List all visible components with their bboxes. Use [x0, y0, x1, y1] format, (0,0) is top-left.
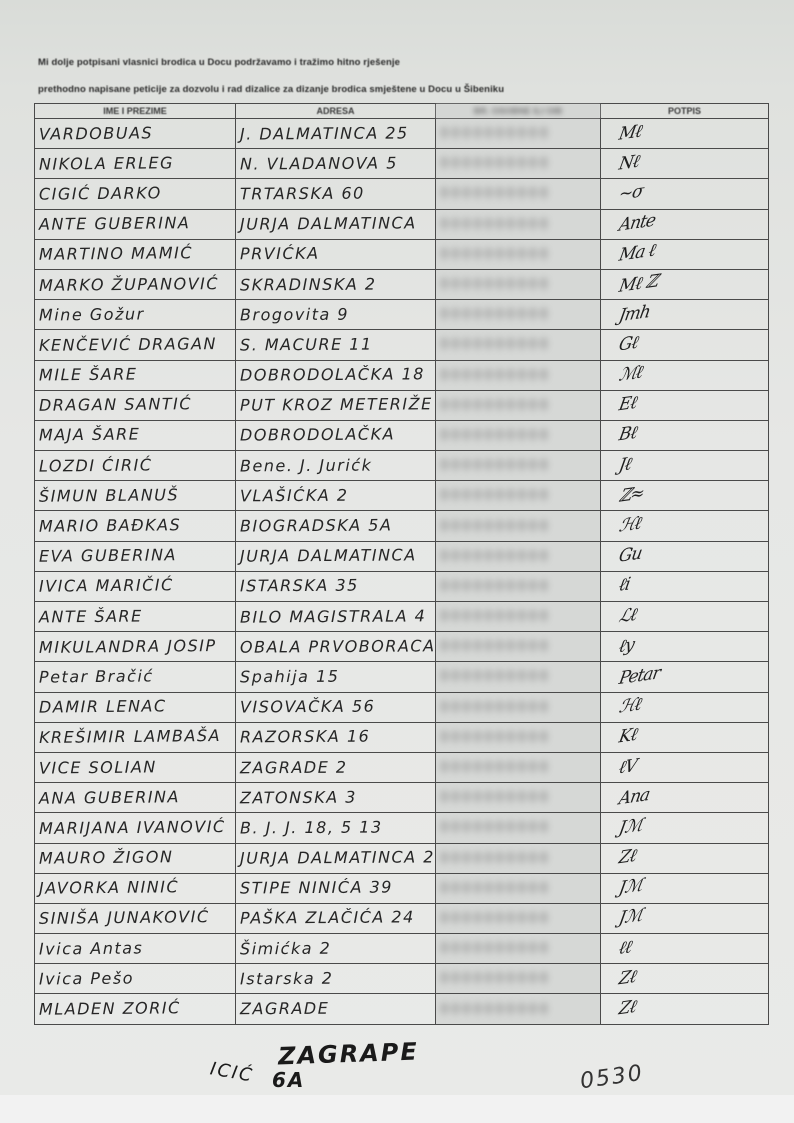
- signer-name: ŠIMUN BLANUŠ: [39, 485, 179, 505]
- redacted-id-number: 0000000000: [440, 275, 550, 293]
- cell-name: KREŠIMIR LAMBAŠA: [35, 722, 236, 752]
- cell-signature: ~σ: [601, 179, 769, 209]
- signer-address: JURJA DALMATINCA: [240, 546, 417, 566]
- redacted-id-number: 0000000000: [440, 305, 550, 323]
- signer-address: Spahija 15: [240, 667, 340, 687]
- handwritten-signature: Eℓ: [603, 393, 638, 418]
- signer-name: Petar Bračić: [39, 666, 154, 686]
- redacted-id-number: 0000000000: [440, 969, 550, 987]
- signer-name: CIGIĆ DARKO: [39, 183, 162, 203]
- handwritten-signature: ℒℓ: [603, 604, 638, 629]
- signer-address: ZATONSKA 3: [240, 787, 357, 807]
- table-row: MILE ŠAREDOBRODOLAČKA 180000000000ℳℓ: [35, 360, 769, 390]
- cell-name: ANTE ŠARE: [35, 602, 236, 632]
- signer-name: JAVORKA NINIĆ: [39, 878, 179, 898]
- table-row: VARDOBUASJ. DALMATINCA 250000000000Mℓ: [35, 119, 769, 149]
- signer-address: ISTARSKA 35: [240, 576, 359, 596]
- cell-id-number-redacted: 0000000000: [436, 602, 601, 632]
- signer-address: Brogovita 9: [240, 304, 349, 324]
- cell-signature: Zℓ: [601, 994, 769, 1024]
- cell-address: J. DALMATINCA 25: [236, 119, 436, 149]
- signer-address: RAZORSKA 16: [240, 727, 370, 747]
- redacted-id-number: 0000000000: [440, 939, 550, 957]
- handwritten-signature: Jℓ: [603, 453, 632, 477]
- cell-name: VARDOBUAS: [35, 119, 236, 149]
- cell-address: Spahija 15: [236, 662, 436, 692]
- redacted-id-number: 0000000000: [440, 154, 550, 172]
- cell-id-number-redacted: 0000000000: [436, 330, 601, 360]
- cell-signature: Kℓ: [601, 722, 769, 752]
- signer-address: PRVIĆKA: [240, 244, 320, 264]
- table-row: NIKOLA ERLEGN. VLADANOVA 50000000000Nℓ: [35, 149, 769, 179]
- cell-address: PRVIĆKA: [236, 239, 436, 269]
- handwritten-signature: Jℳ: [603, 906, 643, 932]
- cell-id-number-redacted: 0000000000: [436, 843, 601, 873]
- redacted-id-number: 0000000000: [440, 879, 550, 897]
- signer-name: MILE ŠARE: [39, 365, 138, 385]
- cell-signature: Ante: [601, 209, 769, 239]
- signer-address: N. VLADANOVA 5: [240, 153, 398, 173]
- handwritten-signature: Ma ℓ: [603, 241, 656, 269]
- cell-id-number-redacted: 0000000000: [436, 511, 601, 541]
- signer-address: DOBRODOLAČKA 18: [240, 364, 425, 384]
- cell-id-number-redacted: 0000000000: [436, 149, 601, 179]
- handwritten-signature: Gℓ: [603, 332, 639, 357]
- cell-name: MILE ŠARE: [35, 360, 236, 390]
- cell-id-number-redacted: 0000000000: [436, 752, 601, 782]
- signer-address: TRTARSKA 60: [240, 184, 365, 204]
- cell-address: DOBRODOLAČKA 18: [236, 360, 436, 390]
- cell-id-number-redacted: 0000000000: [436, 300, 601, 330]
- redacted-id-number: 0000000000: [440, 849, 550, 867]
- signer-address: JURJA DALMATINCA 29: [240, 847, 436, 867]
- cell-name: MARTINO MAMIĆ: [35, 239, 236, 269]
- redacted-id-number: 0000000000: [440, 909, 550, 927]
- redacted-id-number: 0000000000: [440, 124, 550, 142]
- cell-address: JURJA DALMATINCA: [236, 541, 436, 571]
- cell-id-number-redacted: 0000000000: [436, 239, 601, 269]
- handwritten-signature: ℋℓ: [603, 694, 642, 720]
- redacted-id-number: 0000000000: [440, 184, 550, 202]
- cell-name: MARIO BAĐKAS: [35, 511, 236, 541]
- signer-name: NIKOLA ERLEG: [39, 153, 174, 173]
- cell-name: MARKO ŽUPANOVIĆ: [35, 269, 236, 299]
- cell-address: VISOVAČKA 56: [236, 692, 436, 722]
- cell-address: JURJA DALMATINCA: [236, 209, 436, 239]
- redacted-id-number: 0000000000: [440, 788, 550, 806]
- cell-address: PUT KROZ METERIŽE: [236, 390, 436, 420]
- table-body: VARDOBUASJ. DALMATINCA 250000000000MℓNIK…: [35, 119, 769, 1025]
- cell-signature: ℒℓ: [601, 602, 769, 632]
- table-row: IVICA MARIČIĆISTARSKA 350000000000ℓi: [35, 571, 769, 601]
- cell-id-number-redacted: 0000000000: [436, 541, 601, 571]
- handwritten-signature: Mℓ: [603, 121, 643, 147]
- redacted-id-number: 0000000000: [440, 1000, 550, 1018]
- redacted-id-number: 0000000000: [440, 215, 550, 233]
- cell-signature: Gℓ: [601, 330, 769, 360]
- cell-id-number-redacted: 0000000000: [436, 179, 601, 209]
- cell-id-number-redacted: 0000000000: [436, 571, 601, 601]
- handwritten-signature: ℓℓ: [603, 936, 633, 960]
- cell-signature: Jℳ: [601, 873, 769, 903]
- house-number-annotation: 6A: [272, 1068, 305, 1092]
- handwritten-signature: Jℳ: [603, 875, 643, 901]
- cell-signature: Petar: [601, 662, 769, 692]
- cell-address: DOBRODOLAČKA: [236, 420, 436, 450]
- cell-id-number-redacted: 0000000000: [436, 964, 601, 994]
- cell-id-number-redacted: 0000000000: [436, 119, 601, 149]
- cell-id-number-redacted: 0000000000: [436, 873, 601, 903]
- table-row: Ivica AntasŠimićka 20000000000ℓℓ: [35, 934, 769, 964]
- table-row: ANA GUBERINAZATONSKA 30000000000Ana: [35, 783, 769, 813]
- signer-address: ZAGRADE: [240, 999, 329, 1019]
- cell-name: EVA GUBERINA: [35, 541, 236, 571]
- cell-name: KENČEVIĆ DRAGAN: [35, 330, 236, 360]
- cell-name: IVICA MARIČIĆ: [35, 571, 236, 601]
- cell-signature: Zℓ: [601, 843, 769, 873]
- handwritten-signature: ℋℓ: [603, 513, 642, 539]
- signer-address: PUT KROZ METERIŽE: [240, 395, 433, 415]
- table-row: Mine GožurBrogovita 90000000000Jmh: [35, 300, 769, 330]
- signer-address: BIOGRADSKA 5A: [240, 515, 393, 535]
- handwritten-signature: Zℓ: [603, 846, 637, 871]
- number-annotation: 0530: [579, 1061, 646, 1095]
- cell-signature: Jmh: [601, 300, 769, 330]
- redacted-id-number: 0000000000: [440, 245, 550, 263]
- table-row: Petar BračićSpahija 150000000000Petar: [35, 662, 769, 692]
- cell-signature: Jℳ: [601, 813, 769, 843]
- signer-name: SINIŠA JUNAKOVIĆ: [39, 908, 210, 929]
- cell-name: VICE SOLIAN: [35, 752, 236, 782]
- cell-address: N. VLADANOVA 5: [236, 149, 436, 179]
- cell-signature: ℓy: [601, 632, 769, 662]
- table-row: ŠIMUN BLANUŠVLAŠIĆKA 20000000000ℤ≈: [35, 481, 769, 511]
- redacted-id-number: 0000000000: [440, 396, 550, 414]
- table-row: MARTINO MAMIĆPRVIĆKA0000000000Ma ℓ: [35, 239, 769, 269]
- cell-signature: Mℓ: [601, 119, 769, 149]
- cell-signature: ℓℓ: [601, 934, 769, 964]
- table-header-row: IME I PREZIME ADRESA BR. OSOBNE ILI OIB …: [35, 104, 769, 119]
- signer-name: MAJA ŠARE: [39, 425, 141, 445]
- handwritten-signature: Mℓ ℤ: [603, 271, 658, 299]
- table-row: MARIO BAĐKASBIOGRADSKA 5A0000000000ℋℓ: [35, 511, 769, 541]
- signer-name: MARTINO MAMIĆ: [39, 244, 193, 265]
- cell-name: Petar Bračić: [35, 662, 236, 692]
- redacted-id-number: 0000000000: [440, 607, 550, 625]
- handwritten-signature: Petar: [603, 663, 661, 691]
- cell-address: ISTARSKA 35: [236, 571, 436, 601]
- handwritten-signature: ~σ: [603, 181, 644, 207]
- cell-signature: Bℓ: [601, 420, 769, 450]
- cell-name: ANTE GUBERINA: [35, 209, 236, 239]
- signer-address: J. DALMATINCA 25: [240, 123, 409, 143]
- handwritten-signature: Zℓ: [603, 997, 637, 1022]
- signature-table: IME I PREZIME ADRESA BR. OSOBNE ILI OIB …: [34, 103, 769, 1025]
- signer-name: Mine Gožur: [39, 304, 145, 324]
- table-row: DAMIR LENACVISOVAČKA 560000000000ℋℓ: [35, 692, 769, 722]
- table-row: KENČEVIĆ DRAGANS. MACURE 110000000000Gℓ: [35, 330, 769, 360]
- cell-name: ANA GUBERINA: [35, 783, 236, 813]
- table-row: MAJA ŠAREDOBRODOLAČKA0000000000Bℓ: [35, 420, 769, 450]
- signer-address: SKRADINSKA 2: [240, 274, 377, 294]
- signer-address: Istarska 2: [240, 969, 334, 989]
- cell-id-number-redacted: 0000000000: [436, 813, 601, 843]
- signer-name: VARDOBUAS: [39, 123, 153, 143]
- cell-address: ZAGRADE 2: [236, 752, 436, 782]
- signer-name: MARIO BAĐKAS: [39, 515, 181, 535]
- cell-signature: ℓV: [601, 752, 769, 782]
- handwritten-signature: ℓi: [603, 574, 631, 598]
- cell-id-number-redacted: 0000000000: [436, 994, 601, 1024]
- cell-address: S. MACURE 11: [236, 330, 436, 360]
- cell-id-number-redacted: 0000000000: [436, 209, 601, 239]
- signer-name: VICE SOLIAN: [39, 757, 157, 777]
- signer-address: Bene. J. Jurićk: [240, 455, 372, 475]
- signer-name: KREŠIMIR LAMBAŠA: [39, 726, 221, 747]
- cell-signature: Eℓ: [601, 390, 769, 420]
- cell-address: Istarska 2: [236, 964, 436, 994]
- cell-id-number-redacted: 0000000000: [436, 420, 601, 450]
- table-row: EVA GUBERINAJURJA DALMATINCA0000000000Gu: [35, 541, 769, 571]
- signer-name: MARKO ŽUPANOVIĆ: [39, 274, 219, 295]
- cell-address: VLAŠIĆKA 2: [236, 481, 436, 511]
- signer-name: ANTE ŠARE: [39, 606, 143, 626]
- table-row: VICE SOLIANZAGRADE 20000000000ℓV: [35, 752, 769, 782]
- cell-signature: Mℓ ℤ: [601, 269, 769, 299]
- handwritten-signature: ℳℓ: [603, 362, 644, 388]
- redacted-id-number: 0000000000: [440, 637, 550, 655]
- handwritten-signature: Ante: [603, 210, 656, 238]
- signer-address: OBALA PRVOBORACA: [240, 636, 436, 656]
- cell-id-number-redacted: 0000000000: [436, 934, 601, 964]
- handwritten-signature: ℤ≈: [603, 483, 645, 509]
- signer-name: MLADEN ZORIĆ: [39, 998, 181, 1018]
- cell-name: MLADEN ZORIĆ: [35, 994, 236, 1024]
- header-id-number-text: BR. OSOBNE ILI OIB: [474, 106, 563, 116]
- intro-line-1: Mi dolje potpisani vlasnici brodica u Do…: [38, 57, 400, 68]
- intro-line-2: prethodno napisane peticije za dozvolu i…: [38, 84, 504, 95]
- table-row: MIKULANDRA JOSIPOBALA PRVOBORACA00000000…: [35, 632, 769, 662]
- cell-name: Ivica Antas: [35, 934, 236, 964]
- cell-address: B. J. J. 18, 5 13: [236, 813, 436, 843]
- signer-address: Šimićka 2: [240, 938, 331, 958]
- cell-name: DRAGAN SANTIĆ: [35, 390, 236, 420]
- table-row: ANTE ŠAREBILO MAGISTRALA 40000000000ℒℓ: [35, 602, 769, 632]
- table-row: DRAGAN SANTIĆPUT KROZ METERIŽE0000000000…: [35, 390, 769, 420]
- cell-name: MARIJANA IVANOVIĆ: [35, 813, 236, 843]
- redacted-id-number: 0000000000: [440, 758, 550, 776]
- cell-address: Brogovita 9: [236, 300, 436, 330]
- redacted-id-number: 0000000000: [440, 818, 550, 836]
- table-row: MARIJANA IVANOVIĆB. J. J. 18, 5 13000000…: [35, 813, 769, 843]
- handwritten-signature: ℓV: [603, 755, 638, 780]
- signer-name: MIKULANDRA JOSIP: [39, 636, 217, 657]
- cell-id-number-redacted: 0000000000: [436, 481, 601, 511]
- cell-signature: ℋℓ: [601, 511, 769, 541]
- redacted-id-number: 0000000000: [440, 667, 550, 685]
- cell-address: SKRADINSKA 2: [236, 269, 436, 299]
- signer-address: B. J. J. 18, 5 13: [240, 817, 383, 837]
- cell-signature: Ana: [601, 783, 769, 813]
- header-id-number: BR. OSOBNE ILI OIB: [436, 104, 601, 119]
- cell-id-number-redacted: 0000000000: [436, 662, 601, 692]
- signer-name: KENČEVIĆ DRAGAN: [39, 334, 217, 355]
- redacted-id-number: 0000000000: [440, 517, 550, 535]
- cell-address: Bene. J. Jurićk: [236, 451, 436, 481]
- table-row: ANTE GUBERINAJURJA DALMATINCA0000000000A…: [35, 209, 769, 239]
- cell-signature: Jℓ: [601, 451, 769, 481]
- cell-id-number-redacted: 0000000000: [436, 632, 601, 662]
- signer-name: ANA GUBERINA: [39, 787, 180, 807]
- cell-address: OBALA PRVOBORACA: [236, 632, 436, 662]
- signer-name: LOZDI ĆIRIĆ: [39, 455, 153, 475]
- cell-address: RAZORSKA 16: [236, 722, 436, 752]
- redacted-id-number: 0000000000: [440, 486, 550, 504]
- redacted-id-number: 0000000000: [440, 335, 550, 353]
- cell-address: STIPE NINIĆA 39: [236, 873, 436, 903]
- cell-signature: Jℳ: [601, 903, 769, 933]
- signer-address: VLAŠIĆKA 2: [240, 485, 349, 505]
- cell-signature: ℋℓ: [601, 692, 769, 722]
- table-row: LOZDI ĆIRIĆBene. J. Jurićk0000000000Jℓ: [35, 451, 769, 481]
- signer-address: STIPE NINIĆA 39: [240, 878, 393, 898]
- header-name: IME I PREZIME: [35, 104, 236, 119]
- cell-id-number-redacted: 0000000000: [436, 783, 601, 813]
- cell-name: ŠIMUN BLANUŠ: [35, 481, 236, 511]
- cell-signature: Gu: [601, 541, 769, 571]
- name-suffix-annotation: ICIĆ: [209, 1058, 256, 1086]
- redacted-id-number: 0000000000: [440, 366, 550, 384]
- cell-name: Mine Gožur: [35, 300, 236, 330]
- cell-address: TRTARSKA 60: [236, 179, 436, 209]
- signer-address: ZAGRADE 2: [240, 757, 348, 777]
- cell-id-number-redacted: 0000000000: [436, 269, 601, 299]
- table-row: SINIŠA JUNAKOVIĆPAŠKA ZLAČIĆA 2400000000…: [35, 903, 769, 933]
- table-row: MARKO ŽUPANOVIĆSKRADINSKA 20000000000Mℓ …: [35, 269, 769, 299]
- cell-id-number-redacted: 0000000000: [436, 360, 601, 390]
- signer-address: VISOVAČKA 56: [240, 697, 375, 717]
- cell-name: DAMIR LENAC: [35, 692, 236, 722]
- signer-name: DRAGAN SANTIĆ: [39, 394, 192, 415]
- handwritten-signature: ℓy: [603, 634, 635, 659]
- handwritten-signature: Bℓ: [603, 423, 638, 448]
- cell-name: MAURO ŽIGON: [35, 843, 236, 873]
- signer-name: DAMIR LENAC: [39, 696, 167, 716]
- redacted-id-number: 0000000000: [440, 698, 550, 716]
- redacted-id-number: 0000000000: [440, 728, 550, 746]
- redacted-id-number: 0000000000: [440, 577, 550, 595]
- header-signature: POTPIS: [601, 104, 769, 119]
- table-row: Ivica PešoIstarska 20000000000Zℓ: [35, 964, 769, 994]
- cell-name: LOZDI ĆIRIĆ: [35, 451, 236, 481]
- handwritten-signature: Kℓ: [603, 725, 638, 750]
- table-row: JAVORKA NINIĆSTIPE NINIĆA 390000000000Jℳ: [35, 873, 769, 903]
- cell-name: CIGIĆ DARKO: [35, 179, 236, 209]
- cell-address: BILO MAGISTRALA 4: [236, 602, 436, 632]
- signer-name: ANTE GUBERINA: [39, 213, 191, 234]
- handwritten-signature: Jmh: [603, 301, 651, 328]
- signer-name: Ivica Antas: [39, 938, 144, 958]
- handwritten-signature: Jℳ: [603, 815, 643, 841]
- table-row: KREŠIMIR LAMBAŠARAZORSKA 160000000000Kℓ: [35, 722, 769, 752]
- signer-address: JURJA DALMATINCA: [240, 214, 417, 234]
- page-bottom-edge: [0, 1095, 794, 1123]
- signer-address: S. MACURE 11: [240, 334, 373, 354]
- signer-address: PAŠKA ZLAČIĆA 24: [240, 908, 415, 928]
- signer-name: MARIJANA IVANOVIĆ: [39, 817, 226, 838]
- table-row: MAURO ŽIGONJURJA DALMATINCA 290000000000…: [35, 843, 769, 873]
- cell-address: BIOGRADSKA 5A: [236, 511, 436, 541]
- header-address: ADRESA: [236, 104, 436, 119]
- signer-name: IVICA MARIČIĆ: [39, 576, 174, 596]
- signer-address: BILO MAGISTRALA 4: [240, 606, 426, 626]
- cell-id-number-redacted: 0000000000: [436, 390, 601, 420]
- cell-name: Ivica Pešo: [35, 964, 236, 994]
- handwritten-signature: Ana: [603, 784, 651, 811]
- cell-signature: Nℓ: [601, 149, 769, 179]
- table-row: MLADEN ZORIĆZAGRADE0000000000Zℓ: [35, 994, 769, 1024]
- cell-id-number-redacted: 0000000000: [436, 903, 601, 933]
- scanned-petition-page: Mi dolje potpisani vlasnici brodica u Do…: [0, 0, 794, 1123]
- cell-name: JAVORKA NINIĆ: [35, 873, 236, 903]
- signer-name: Ivica Pešo: [39, 968, 134, 988]
- cell-signature: ℳℓ: [601, 360, 769, 390]
- signer-address: DOBRODOLAČKA: [240, 425, 395, 445]
- handwritten-signature: Nℓ: [603, 151, 640, 176]
- cell-name: SINIŠA JUNAKOVIĆ: [35, 903, 236, 933]
- cell-address: ZATONSKA 3: [236, 783, 436, 813]
- cell-address: PAŠKA ZLAČIĆA 24: [236, 903, 436, 933]
- handwritten-signature: Zℓ: [603, 966, 637, 991]
- cell-address: JURJA DALMATINCA 29: [236, 843, 436, 873]
- cell-name: MIKULANDRA JOSIP: [35, 632, 236, 662]
- cell-id-number-redacted: 0000000000: [436, 692, 601, 722]
- handwritten-signature: Gu: [603, 543, 643, 569]
- cell-signature: Zℓ: [601, 964, 769, 994]
- address-overwrite-annotation: ZAGRAPE: [278, 1038, 420, 1071]
- cell-name: NIKOLA ERLEG: [35, 149, 236, 179]
- cell-name: MAJA ŠARE: [35, 420, 236, 450]
- redacted-id-number: 0000000000: [440, 426, 550, 444]
- redacted-id-number: 0000000000: [440, 547, 550, 565]
- cell-id-number-redacted: 0000000000: [436, 451, 601, 481]
- cell-signature: ℤ≈: [601, 481, 769, 511]
- cell-signature: ℓi: [601, 571, 769, 601]
- cell-address: ZAGRADE: [236, 994, 436, 1024]
- cell-signature: Ma ℓ: [601, 239, 769, 269]
- table-row: CIGIĆ DARKOTRTARSKA 600000000000~σ: [35, 179, 769, 209]
- cell-address: Šimićka 2: [236, 934, 436, 964]
- redacted-id-number: 0000000000: [440, 456, 550, 474]
- signer-name: EVA GUBERINA: [39, 545, 177, 565]
- signer-name: MAURO ŽIGON: [39, 847, 174, 867]
- cell-id-number-redacted: 0000000000: [436, 722, 601, 752]
